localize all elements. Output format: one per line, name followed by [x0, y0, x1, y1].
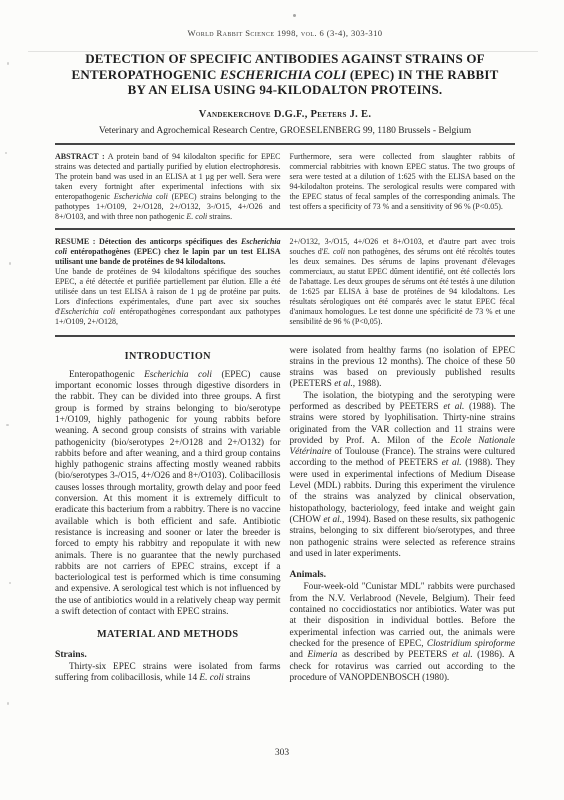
resume-text-right: 2+/O132, 3-/O15, 4+/O26 et 8+/O103, et d…	[290, 237, 516, 327]
article-body: INTRODUCTION Enteropathogenic Escherichi…	[55, 346, 515, 685]
abstract-paragraph-right: Furthermore, sera were collected from sl…	[290, 152, 516, 212]
abstract-section: ABSTRACT : A protein band of 94 kilodalt…	[55, 152, 515, 222]
title-line-3: BY AN ELISA USING 94-KILODALTON PROTEINS…	[55, 82, 515, 98]
methods-heading: MATERIAL AND METHODS	[55, 629, 281, 640]
horizontal-rule-bottom	[55, 335, 515, 337]
page-number: 303	[0, 748, 564, 758]
abstract-left-column: ABSTRACT : A protein band of 94 kilodalt…	[55, 152, 281, 222]
resume-label: RESUME :	[55, 237, 95, 246]
body-left-column: INTRODUCTION Enteropathogenic Escherichi…	[55, 346, 281, 685]
abstract-text-left: A protein band of 94 kilodalton specific…	[55, 152, 281, 221]
strains-paragraph-left: Thirty-six EPEC strains were isolated fr…	[55, 662, 281, 685]
strains-paragraph-right-1: were isolated from healthy farms (no iso…	[290, 346, 516, 391]
body-right-column: were isolated from healthy farms (no iso…	[290, 346, 516, 685]
strains-subheading: Strains.	[55, 649, 281, 660]
resume-text-left: Une bande de protéines de 94 kilodaltons…	[55, 267, 281, 327]
animals-subheading: Animals.	[290, 569, 516, 580]
animals-paragraph: Four-week-old "Cunistar MDL" rabbits wer…	[290, 582, 516, 684]
horizontal-rule-middle	[55, 228, 515, 230]
scan-artifact	[9, 262, 11, 265]
title-line-2: ENTEROPATHOGENIC ESCHERICHIA COLI (EPEC)…	[55, 67, 515, 83]
introduction-heading: INTRODUCTION	[55, 351, 281, 362]
title-line-2-pre: ENTEROPATHOGENIC	[72, 67, 220, 82]
resume-lead: RESUME : Détection des anticorps spécifi…	[55, 237, 281, 266]
scan-artifact	[5, 152, 7, 154]
abstract-text-right: Furthermore, sera were collected from sl…	[290, 152, 516, 211]
resume-left-column: RESUME : Détection des anticorps spécifi…	[55, 237, 281, 327]
resume-right-column: 2+/O132, 3-/O15, 4+/O26 et 8+/O103, et d…	[290, 237, 516, 327]
page-content: World Rabbit Science 1998, vol. 6 (3-4),…	[0, 28, 564, 685]
affiliation-line: Veterinary and Agrochemical Research Cen…	[55, 126, 515, 136]
resume-paragraph-left: RESUME : Détection des anticorps spécifi…	[55, 237, 281, 267]
horizontal-rule-top	[55, 143, 515, 145]
introduction-paragraph: Enteropathogenic Escherichia coli (EPEC)…	[55, 370, 281, 619]
title-line-2-post: (EPEC) IN THE RABBIT	[346, 67, 498, 82]
authors-line: Vandekerchove D.G.F., Peeters J. E.	[55, 109, 515, 120]
scan-artifact	[262, 164, 264, 166]
abstract-right-column: Furthermore, sera were collected from sl…	[290, 152, 516, 222]
scan-artifact	[7, 702, 9, 705]
abstract-label: ABSTRACT :	[55, 152, 105, 161]
title-species-italic: ESCHERICHIA COLI	[220, 67, 346, 82]
scanned-paper-page: World Rabbit Science 1998, vol. 6 (3-4),…	[0, 0, 564, 800]
article-title: DETECTION OF SPECIFIC ANTIBODIES AGAINST…	[55, 51, 515, 98]
abstract-paragraph-left: ABSTRACT : A protein band of 94 kilodalt…	[55, 152, 281, 222]
journal-header: World Rabbit Science 1998, vol. 6 (3-4),…	[55, 28, 515, 38]
scan-artifact	[6, 424, 9, 426]
strains-paragraph-right-2: The isolation, the biotyping and the ser…	[290, 391, 516, 560]
scan-line-artifact	[28, 51, 538, 52]
scan-artifact	[293, 14, 296, 17]
scan-artifact	[7, 62, 9, 65]
scan-artifact	[9, 582, 11, 584]
resume-section: RESUME : Détection des anticorps spécifi…	[55, 237, 515, 327]
title-line-1: DETECTION OF SPECIFIC ANTIBODIES AGAINST…	[55, 51, 515, 67]
